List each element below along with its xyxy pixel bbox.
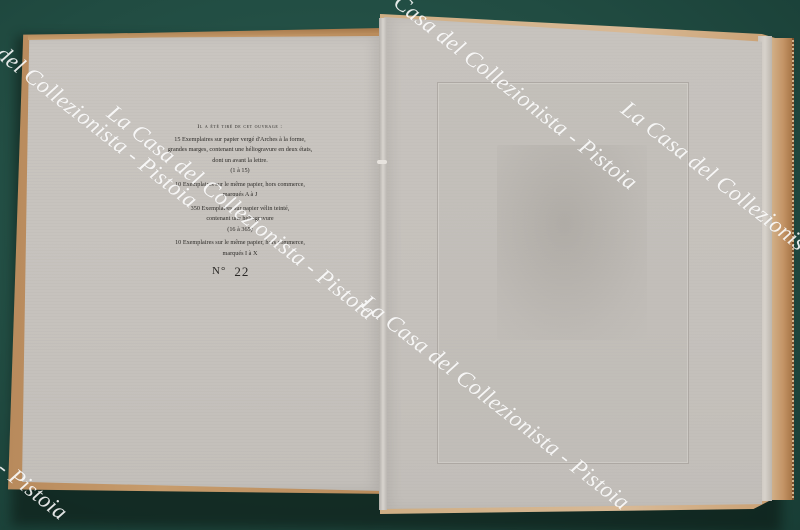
copy-number-prefix: N° — [212, 265, 226, 277]
copy-number: N°22 — [212, 264, 249, 280]
right-fore-edge — [770, 38, 794, 500]
binding-thread — [377, 160, 387, 164]
colophon-line: 15 Exemplaires sur papier vergé d'Arches… — [150, 135, 330, 146]
colophon-heading: Il a été tiré de cet ouvrage : — [150, 122, 330, 133]
photo-scene: Il a été tiré de cet ouvrage : 15 Exempl… — [0, 0, 800, 530]
copy-number-value: 22 — [234, 264, 249, 279]
book-gutter — [379, 18, 387, 510]
